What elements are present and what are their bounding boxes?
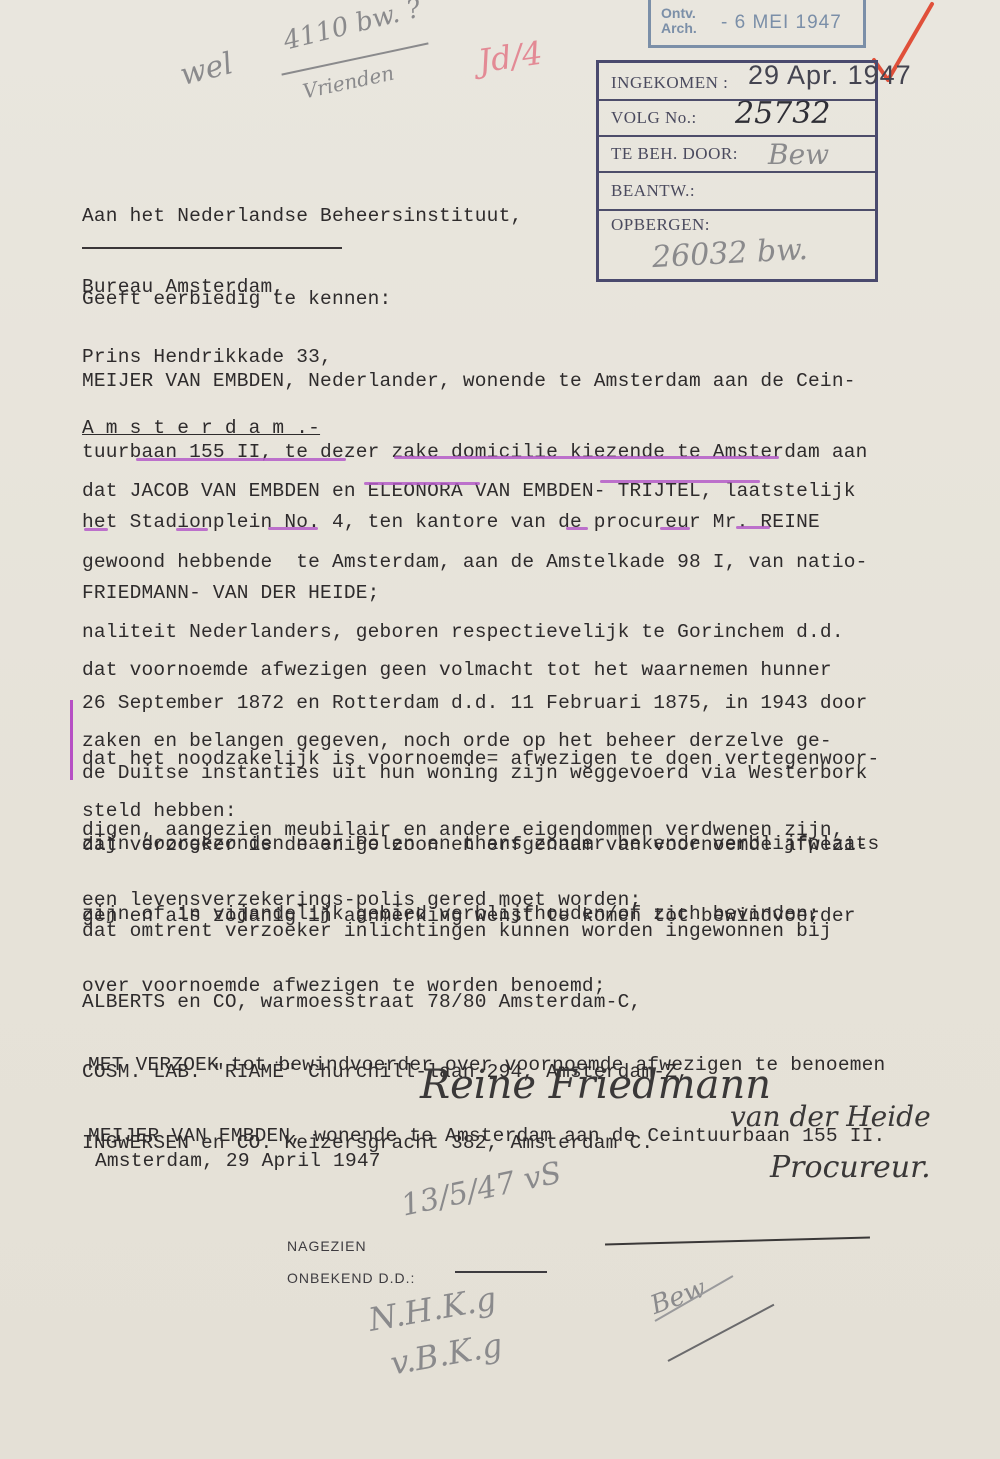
margin-highlight-bar (70, 700, 73, 780)
pencil-note-bew: Bew (647, 1273, 711, 1321)
signature-title: Procureur. (770, 1150, 931, 1185)
highlight-september (176, 528, 208, 531)
highlight-1875 (736, 526, 770, 529)
stamp-archive-label: Ontv. Arch. (661, 6, 697, 36)
stamp-te-beh-value: Bew (768, 138, 829, 171)
document-page: wel 4110 bw. ? Vrienden Jd/4 Ontv. Arch.… (0, 0, 1000, 1459)
stamp-row-beantw: BEANTW.: (599, 171, 875, 211)
place-and-date: Amsterdam, 29 April 1947 (95, 1150, 381, 1174)
highlight-eleonora (394, 456, 779, 459)
pencil-note-vbk: v.B.K.g (388, 1326, 506, 1383)
highlight-1872 (268, 527, 318, 530)
salutation: Geeft eerbiedig te kennen: (82, 288, 391, 312)
signature-name: Reine Friedmann (420, 1062, 771, 1108)
stamp-ingekomen-date: 29 Apr. 1947 (748, 60, 912, 91)
stamp-archive-date: - 6 MEI 1947 (721, 12, 842, 34)
pencil-line-2 (668, 1304, 775, 1362)
stamp-onbekend: ONBEKEND D.D.: (287, 1270, 415, 1286)
stamp-volgno-value: 25732 (735, 96, 830, 131)
signature-name-line2: van der Heide (730, 1100, 931, 1133)
stamp-onbekend-line (455, 1271, 547, 1273)
pencil-note-wel: wel (177, 46, 237, 93)
red-pencil-mark: Jd/4 (476, 34, 545, 81)
addressee-line: Aan het Nederlandse Beheersinstituut, (82, 205, 522, 229)
highlight-jacob (136, 458, 346, 461)
addressee-underline (82, 247, 342, 249)
stamp-nagezien: NAGEZIEN (287, 1238, 367, 1254)
highlight-26 (84, 528, 108, 531)
highlight-11 (566, 527, 588, 530)
stamp-archive-received: Ontv. Arch. - 6 MEI 1947 (648, 0, 866, 48)
highlight-amsterdam (364, 482, 480, 485)
signature-line (605, 1237, 870, 1246)
highlight-amstelkade (600, 480, 760, 483)
highlight-februari (660, 527, 690, 530)
stamp-row-te-beh-door: TE BEH. DOOR: (599, 135, 875, 173)
